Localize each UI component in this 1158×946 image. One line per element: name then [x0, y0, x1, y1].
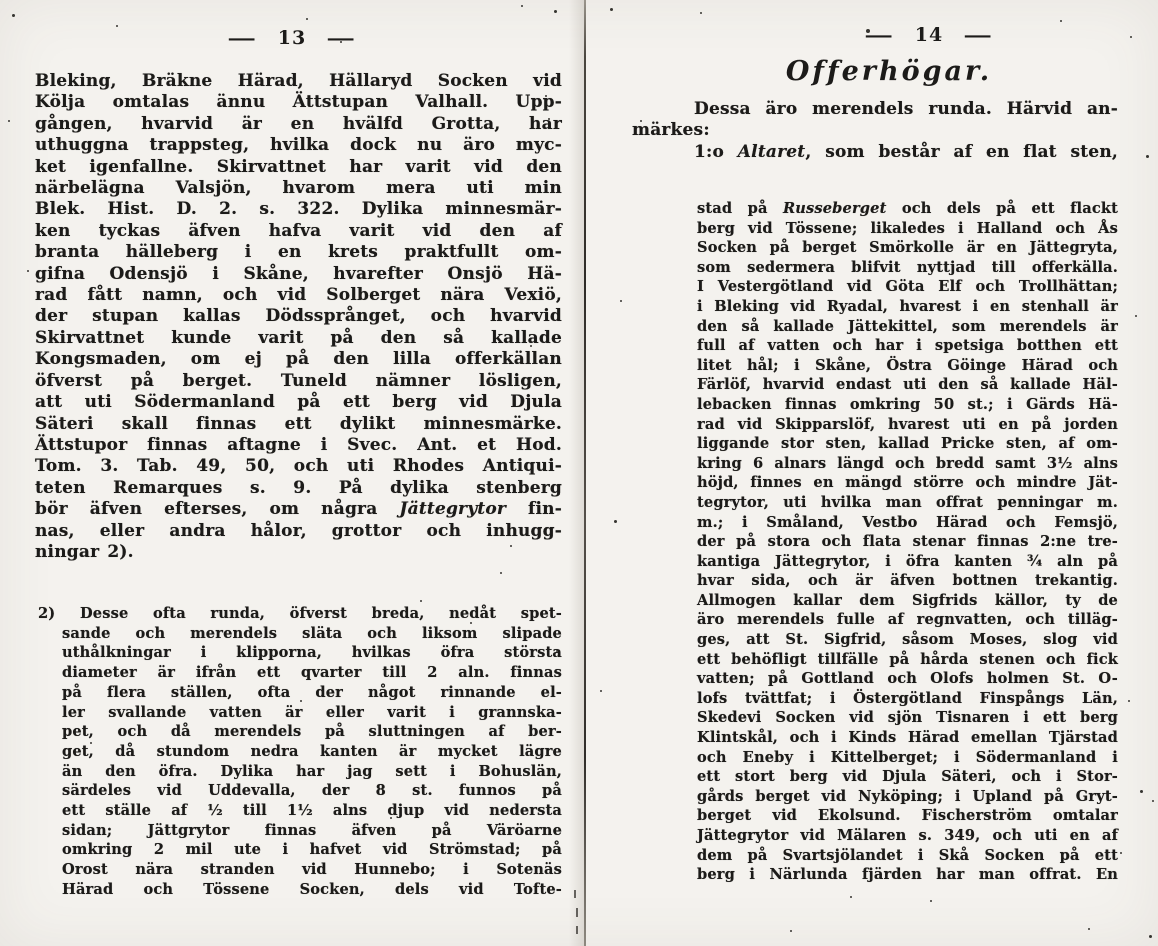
page-gutter-shade [569, 0, 584, 946]
text-line: Skedevi Socken vid sjön Tisnaren i ett b… [697, 708, 1118, 728]
text-line: berg i Närlunda fjärden har man offrat. … [697, 865, 1118, 885]
ink-speck [1140, 790, 1143, 793]
text-line: kring 6 alnars längd och bredd samt 3½ a… [697, 454, 1118, 474]
ink-speck [1130, 36, 1132, 38]
scan-tick-mark [576, 926, 578, 934]
text-line: branta hälleberg i en krets praktfullt o… [35, 242, 562, 263]
text-line: särdeles vid Uddevalla, der 8 st. funnos… [62, 781, 562, 801]
text-line: teten Remarques s. 9. På dylika stenberg [35, 478, 562, 499]
ink-speck [620, 300, 622, 302]
text-line: get, då stundom nedra kanten är mycket l… [62, 742, 562, 762]
ink-speck [1135, 315, 1137, 317]
text-line: nas, eller andra hålor, grottor och inhu… [35, 521, 562, 542]
text-line: Kongsmaden, om ej på den lilla offerkäll… [35, 349, 562, 370]
ink-speck [1128, 700, 1130, 702]
text-line: Orost nära stranden vid Hunnebo; i Soten… [62, 860, 562, 880]
ink-speck [1088, 928, 1090, 930]
ink-speck [1060, 20, 1062, 22]
ink-speck [930, 900, 932, 902]
text-line: att uti Södermanland på ett berg vid Dju… [35, 392, 562, 413]
text-line: uthuggna trappsteg, hvilka dock nu äro m… [35, 135, 562, 156]
text-line: lebacken finnas omkring 50 st.; i Gärds … [697, 395, 1118, 415]
text-line: vatten; på Gottland och Olofs holmen St.… [697, 669, 1118, 689]
ink-speck [306, 18, 308, 20]
text-line: Allmogen kallar dem Sigfrids källor, ty … [697, 591, 1118, 611]
ink-speck [545, 95, 547, 97]
text-line: 2) Desse ofta runda, öfverst breda, nedå… [62, 604, 562, 624]
main-text-column: Dessa äro merendels runda. Härvid an-mär… [632, 99, 1118, 163]
text-line: gången, hvarvid är en hvälfd Grotta, har [35, 114, 562, 135]
scan-tick-mark [574, 890, 576, 898]
text-line: den så kallade Jättekittel, som merendel… [697, 317, 1118, 337]
ink-speck [850, 896, 852, 898]
text-line: ges, att St. Sigfrid, såsom Moses, slog … [697, 630, 1118, 650]
ink-speck [8, 120, 10, 122]
ink-speck [614, 520, 617, 523]
text-line: Jättegrytor vid Mälaren s. 349, och uti … [697, 826, 1118, 846]
page-number: 13 [278, 27, 306, 49]
page-13: —13— Bleking, Bräkne Härad, Hällaryd Soc… [0, 0, 584, 946]
text-line: Skirvattnet kunde varit på den så kallad… [35, 328, 562, 349]
text-line: Socken på berget Smörkolle är en Jättegr… [697, 238, 1118, 258]
text-line: ett behöfligt tillfälle på hårda stenen … [697, 650, 1118, 670]
ink-speck [420, 600, 422, 602]
text-line: Färlöf, hvarvid endast uti den så kallad… [697, 375, 1118, 395]
text-line: rad fått namn, och vid Solberget nära Ve… [35, 285, 562, 306]
text-line: liggande stor sten, kallad Pricke sten, … [697, 434, 1118, 454]
page-number: 14 [915, 24, 943, 46]
text-line: litet hål; i Skåne, Östra Göinge Härad o… [697, 356, 1118, 376]
ink-speck [470, 622, 472, 624]
text-line: der stupan kallas Dödssprånget, och hvar… [35, 306, 562, 327]
ink-speck [1149, 935, 1152, 938]
section-heading: Offerhögar. [584, 56, 1158, 87]
text-line: lofs tvättfat; i Östergötland Finspångs … [697, 689, 1118, 709]
text-line: ket igenfallne. Skirvattnet har varit vi… [35, 157, 562, 178]
ink-speck [548, 420, 550, 422]
ink-speck [610, 8, 613, 11]
text-line: hvar sida, och är äfven bottnen trekanti… [697, 571, 1118, 591]
header-dash-left: — [227, 28, 257, 49]
text-line: som sedermera blifvit nyttjad till offer… [697, 258, 1118, 278]
ink-speck [510, 545, 512, 547]
text-line: I Vestergötland vid Göta Elf och Trollhä… [697, 277, 1118, 297]
text-line: ler svallande vatten är eller varit i gr… [62, 703, 562, 723]
text-line: äro merendels fulle af regnvatten, och t… [697, 610, 1118, 630]
text-line: Klintskål, och i Kinds Härad emellan Tjä… [697, 728, 1118, 748]
text-line: 1:o Altaret, som består af en flat sten, [632, 142, 1118, 163]
text-line: diameter är ifrån ett qvarter till 2 aln… [62, 663, 562, 683]
scan-tick-mark [576, 908, 578, 917]
page-number-header: —14— [584, 24, 1158, 46]
ink-speck [521, 5, 523, 7]
text-line: rad vid Skipparslöf, hvarest uti en på j… [697, 415, 1118, 435]
ink-speck [700, 12, 702, 14]
ink-speck [340, 41, 342, 43]
text-line: och Eneby i Kittelberget; i Södermanland… [697, 748, 1118, 768]
text-line: tegrytor, uti hvilka man offrat penninga… [697, 493, 1118, 513]
text-line: öfverst på berget. Tuneld nämner löslige… [35, 371, 562, 392]
ink-speck [12, 14, 15, 17]
page-gutter-line [584, 0, 586, 946]
ink-speck [116, 25, 118, 27]
ink-speck [554, 10, 557, 13]
text-line: berg vid Tössene; likaledes i Halland oc… [697, 219, 1118, 239]
text-line: märkes: [632, 120, 1118, 141]
text-line: gårds berget vid Nyköping; i Upland på G… [697, 787, 1118, 807]
ink-speck [530, 345, 532, 347]
text-line: berget vid Ekolsund. Fischerström omtala… [697, 806, 1118, 826]
text-line: sidan; Jättgrytor finnas äfven på Väröar… [62, 821, 562, 841]
ink-speck [90, 742, 92, 744]
header-dash-right: — [327, 28, 357, 49]
footnote-text: 2) Desse ofta runda, öfverst breda, nedå… [38, 604, 562, 900]
ink-speck [1152, 800, 1154, 802]
text-line: Dessa äro merendels runda. Härvid an- [632, 99, 1118, 120]
text-line: m.; i Småland, Vestbo Härad och Femsjö, [697, 513, 1118, 533]
ink-speck [556, 650, 558, 652]
text-line: Tom. 3. Tab. 49, 50, och uti Rhodes Anti… [35, 456, 562, 477]
text-line: sande och merendels släta och liksom sli… [62, 624, 562, 644]
text-line: än den öfra. Dylika har jag sett i Bohus… [62, 762, 562, 782]
text-line: närbelägna Valsjön, hvarom mera uti min [35, 178, 562, 199]
text-line: kantiga Jättegrytor, i öfra kanten ¾ aln… [697, 552, 1118, 572]
text-line: Säteri skall finnas ett dylikt minnesmär… [35, 414, 562, 435]
ink-speck [27, 270, 29, 272]
text-line: full af vatten och har i spetsiga botthe… [697, 336, 1118, 356]
text-line: gifna Odensjö i Skåne, hvarefter Onsjö H… [35, 264, 562, 285]
ink-speck [640, 120, 642, 122]
ink-speck [866, 29, 870, 33]
text-line: höjd, finnes en mängd större och mindre … [697, 473, 1118, 493]
text-line: dem på Svartsjölandet i Skå Socken på et… [697, 846, 1118, 866]
text-line: Ättstupor finnas aftagne i Svec. Ant. et… [35, 435, 562, 456]
ink-speck [548, 118, 550, 120]
text-line: der på stora och flata stenar finnas 2:n… [697, 532, 1118, 552]
text-line: bör äfven efterses, om några Jättegrytor… [35, 499, 562, 520]
book-scan: —13— Bleking, Bräkne Härad, Hällaryd Soc… [0, 0, 1158, 946]
text-line: ken tyckas äfven hafva varit vid den af [35, 221, 562, 242]
text-line: Kölja omtalas ännu Ättstupan Valhall. Up… [35, 92, 562, 113]
page-14: —14— Offerhögar. Dessa äro merendels run… [584, 0, 1158, 946]
ink-speck [300, 700, 302, 702]
main-text-column: Bleking, Bräkne Härad, Hällaryd Socken v… [35, 71, 562, 563]
header-dash-right: — [964, 25, 994, 46]
text-line: omkring 2 mil ute i hafvet vid Strömstad… [62, 840, 562, 860]
text-line: i Bleking vid Ryadal, hvarest i en stenh… [697, 297, 1118, 317]
text-line: uthålkningar i klipporna, hvilkas öfra s… [62, 643, 562, 663]
text-line: Bleking, Bräkne Härad, Hällaryd Socken v… [35, 71, 562, 92]
ink-speck [600, 690, 602, 692]
text-line: pet, och då merendels på sluttningen af … [62, 722, 562, 742]
footnote-text: stad på Russeberget och dels på ett flac… [697, 199, 1118, 885]
ink-speck [500, 572, 502, 574]
ink-speck [390, 817, 392, 819]
text-line: ett stort berg vid Djula Säteri, och i S… [697, 767, 1118, 787]
ink-speck [1120, 852, 1122, 854]
text-line: Blek. Hist. D. 2. s. 322. Dylika minnesm… [35, 199, 562, 220]
text-line: stad på Russeberget och dels på ett flac… [697, 199, 1118, 219]
text-line: ningar 2). [35, 542, 562, 563]
ink-speck [790, 930, 792, 932]
text-line: på flera ställen, ofta der något rinnand… [62, 683, 562, 703]
text-line: ett ställe af ½ till 1½ alns djup vid ne… [62, 801, 562, 821]
text-line: Härad och Tössene Socken, dels vid Tofte… [62, 880, 562, 900]
ink-speck [1146, 155, 1149, 158]
